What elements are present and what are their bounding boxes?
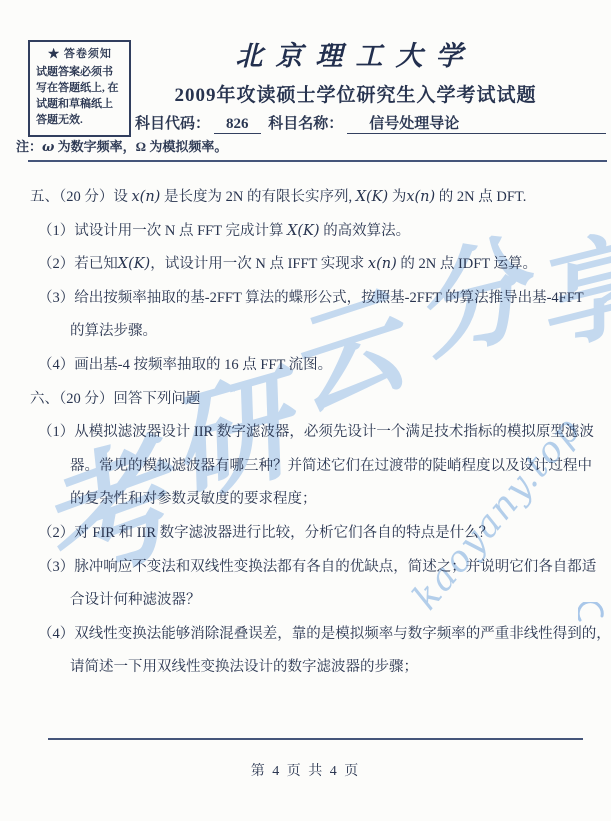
question-text: （2）若已知 xyxy=(38,256,118,272)
math-expression: x(n) xyxy=(406,189,435,205)
question-text: （1）从模拟滤波器设计 IIR 数字滤波器，必须先设计一个满足技术指标的模拟原型… xyxy=(38,424,594,440)
question-text: 的 2N 点 DFT. xyxy=(435,189,526,205)
math-expression: x(n) xyxy=(368,256,397,272)
answer-notice-box: ★ 答卷须知 试题答案必须书 写在答题纸上, 在 试题和草稿纸上 答题无效. xyxy=(28,40,131,137)
math-expression: X(K) xyxy=(118,256,150,272)
question-lines: 五、（20 分）设 x(n) 是长度为 2N 的有限长实序列, X(K) 为x(… xyxy=(30,189,601,693)
footer-divider xyxy=(48,738,583,740)
question-text: （4）双线性变换法能够消除混叠误差，靠的是模拟频率与数字频率的严重非线性得到的， xyxy=(38,626,611,642)
exam-paper-page: 考 研 云 分 享 kaoyany.top ★ 答卷须知 试题答案必须书 写在答… xyxy=(0,0,611,821)
university-title: 北京理工大学 xyxy=(130,34,581,73)
math-expression: X(K) xyxy=(356,189,388,205)
question-text: 六、（20 分）回答下列问题 xyxy=(30,391,200,407)
question-line: 的算法步骤。 xyxy=(30,323,601,357)
question-text: 的 2N 点 IDFT 运算。 xyxy=(397,256,537,272)
question-line: 的复杂性和对参数灵敏度的要求程度； xyxy=(30,491,601,525)
question-text: （1）试设计用一次 N 点 FFT 完成计算 xyxy=(38,223,287,239)
question-line: （1）试设计用一次 N 点 FFT 完成计算 X(K) 的高效算法。 xyxy=(30,223,601,257)
question-line: （4）双线性变换法能够消除混叠误差，靠的是模拟频率与数字频率的严重非线性得到的， xyxy=(30,626,601,660)
question-text: （3）脉冲响应不变法和双线性变换法都有各自的优缺点，简述之；并说明它们各自都适 xyxy=(38,559,596,575)
question-line: 器。常见的模拟滤波器有哪三种？并简述它们在过渡带的陡峭程度以及设计过程中 xyxy=(30,458,601,492)
question-text: 的复杂性和对参数灵敏度的要求程度； xyxy=(70,491,317,507)
subject-code-label: 科目代码： xyxy=(135,116,210,132)
question-text: （2）对 FIR 和 IIR 数字滤波器进行比较，分析它们各自的特点是什么？ xyxy=(38,525,493,541)
question-text: ，试设计用一次 N 点 IFFT 实现求 xyxy=(150,256,368,272)
notice-title: ★ 答卷须知 xyxy=(36,47,124,63)
question-text: 的高效算法。 xyxy=(320,223,411,239)
notice-line: 试题和草稿纸上 xyxy=(36,97,124,113)
question-text: 器。常见的模拟滤波器有哪三种？并简述它们在过渡带的陡峭程度以及设计过程中 xyxy=(70,458,592,474)
question-line: 请简述一下用双线性变换法设计的数字滤波器的步骤； xyxy=(30,659,601,693)
capital-omega-symbol: Ω xyxy=(136,139,146,154)
notice-line: 试题答案必须书 xyxy=(36,65,124,81)
math-expression: x(n) xyxy=(132,189,161,205)
question-text: 为 xyxy=(388,189,406,205)
question-line: （2）若已知X(K)，试设计用一次 N 点 IFFT 实现求 x(n) 的 2N… xyxy=(30,256,601,290)
question-line: 合设计何种滤波器？ xyxy=(30,592,601,626)
star-icon: ★ xyxy=(48,48,60,60)
subject-code-value: 826 xyxy=(214,116,261,134)
question-line: （3）脉冲响应不变法和双线性变换法都有各自的优缺点，简述之；并说明它们各自都适 xyxy=(30,559,601,593)
question-text: （3）给出按频率抽取的基-2FFT 算法的蝶形公式，按照基-2FFT 的算法推导… xyxy=(38,290,584,306)
frequency-note: 注：ω 为数字频率，Ω 为模拟频率。 xyxy=(16,136,227,155)
question-text: 的算法步骤。 xyxy=(70,323,157,339)
question-text: （4）画出基-4 按频率抽取的 16 点 FFT 流图。 xyxy=(38,357,332,373)
question-text: 是长度为 2N 的有限长实序列, xyxy=(160,189,355,205)
math-expression: X(K) xyxy=(287,223,319,239)
question-line: （2）对 FIR 和 IIR 数字滤波器进行比较，分析它们各自的特点是什么？ xyxy=(30,525,601,559)
subject-line: 科目代码：826 科目名称：信号处理导论 xyxy=(135,112,610,134)
question-line: （1）从模拟滤波器设计 IIR 数字滤波器，必须先设计一个满足技术指标的模拟原型… xyxy=(30,424,601,458)
exam-title: 2009年攻读硕士学位研究生入学考试试题 xyxy=(120,80,591,107)
question-text: 五、（20 分）设 xyxy=(30,189,132,205)
notice-line: 写在答题纸上, 在 xyxy=(36,81,124,97)
question-line: 六、（20 分）回答下列问题 xyxy=(30,391,601,425)
question-line: （3）给出按频率抽取的基-2FFT 算法的蝶形公式，按照基-2FFT 的算法推导… xyxy=(30,290,601,324)
omega-symbol: ω xyxy=(42,140,54,155)
subject-name-label: 科目名称： xyxy=(268,116,343,132)
question-line: （4）画出基-4 按频率抽取的 16 点 FFT 流图。 xyxy=(30,357,601,391)
subject-name-value: 信号处理导论 xyxy=(347,112,606,134)
question-text: 请简述一下用双线性变换法设计的数字滤波器的步骤； xyxy=(70,659,418,675)
header-divider xyxy=(28,160,607,162)
notice-line: 答题无效. xyxy=(36,113,124,129)
question-line: 五、（20 分）设 x(n) 是长度为 2N 的有限长实序列, X(K) 为x(… xyxy=(30,189,601,223)
question-text: 合设计何种滤波器？ xyxy=(70,592,201,608)
page-number: 第 4 页 共 4 页 xyxy=(0,760,611,780)
